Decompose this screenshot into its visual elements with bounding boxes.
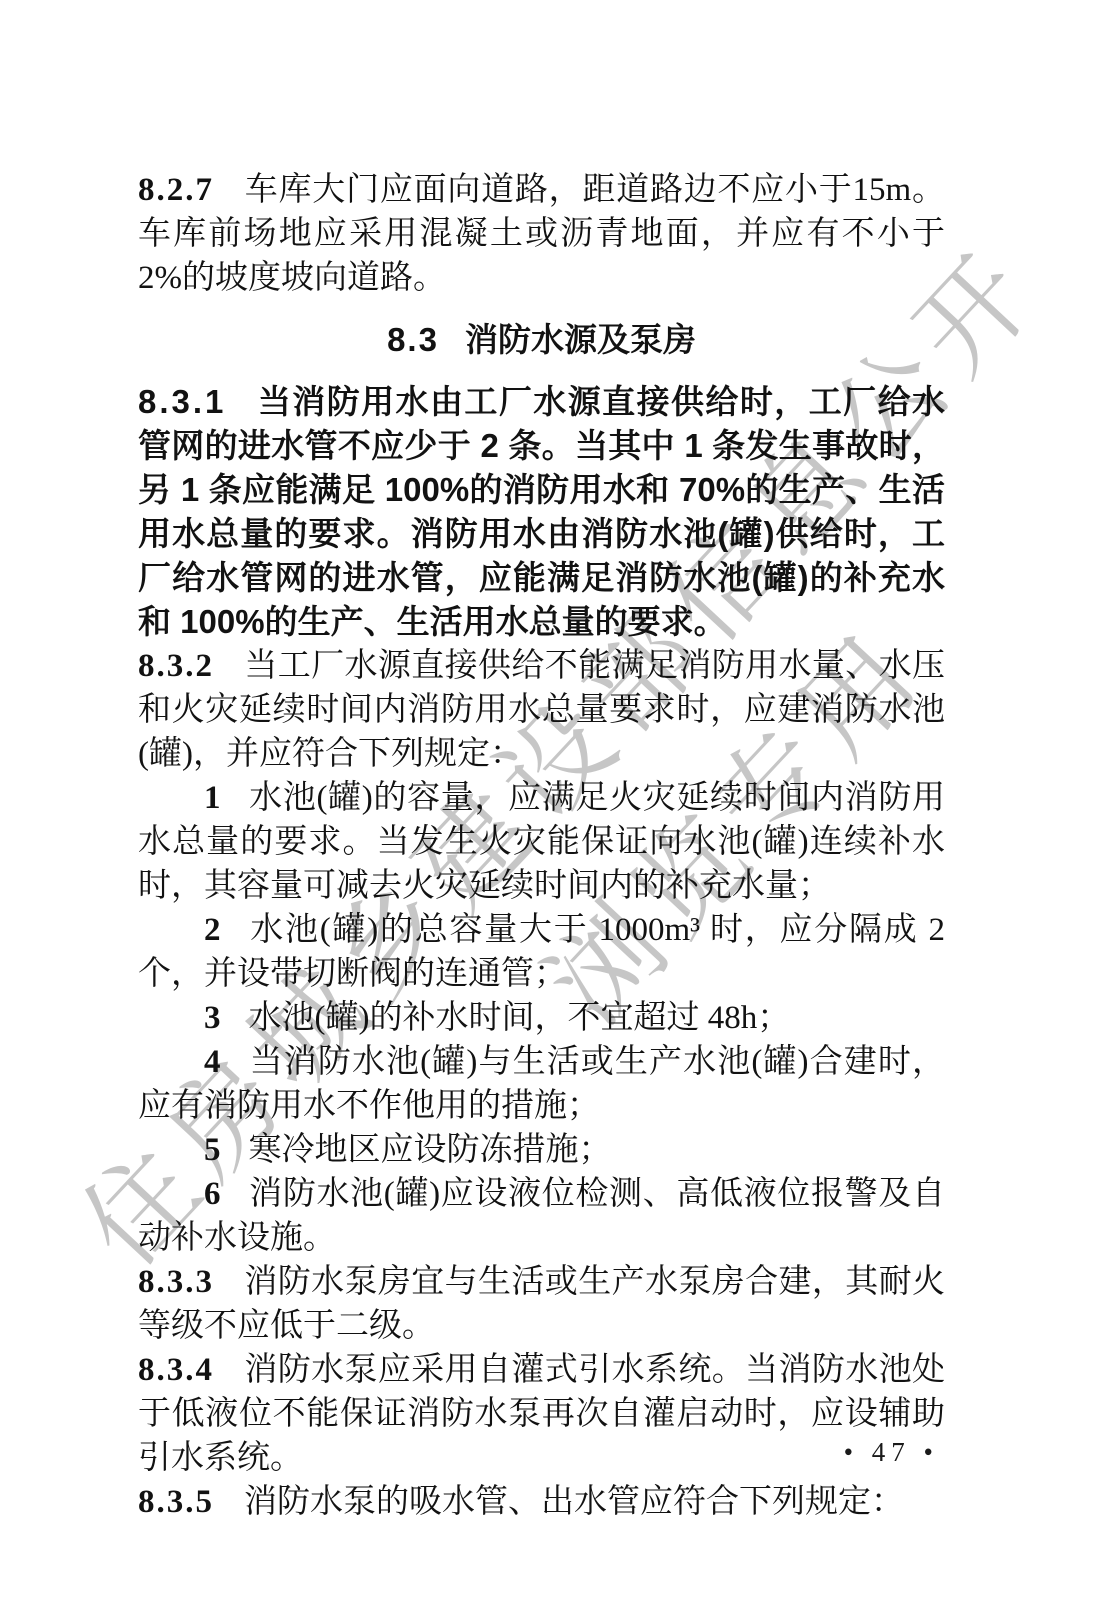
list-item-2: 2水池(罐)的总容量大于 1000m³ 时，应分隔成 2 个，并设带切断阀的连通… <box>138 908 945 996</box>
item-number: 3 <box>204 1000 221 1036</box>
list-item-1: 1水池(罐)的容量，应满足火灾延续时间内消防用水总量的要求。当发生火灾能保证向水… <box>138 776 945 908</box>
clause-text: 当消防用水由工厂水源直接供给时，工厂给水管网的进水管不应少于 2 条。当其中 1… <box>138 383 945 640</box>
clause-8-3-5: 8.3.5消防水泵的吸水管、出水管应符合下列规定： <box>138 1480 945 1524</box>
item-number: 1 <box>204 780 221 816</box>
clause-text: 消防水泵应采用自灌式引水系统。当消防水池处于低液位不能保证消防水泵再次自灌启动时… <box>138 1352 945 1476</box>
clause-number: 8.3.4 <box>138 1352 214 1388</box>
item-text: 水池(罐)的总容量大于 1000m³ 时，应分隔成 2 个，并设带切断阀的连通管… <box>138 912 945 992</box>
item-number: 6 <box>204 1176 221 1212</box>
clause-number: 8.3.1 <box>138 383 226 420</box>
page-number: • 47 • <box>844 1437 939 1468</box>
clause-8-3-3: 8.3.3消防水泵房宜与生活或生产水泵房合建，其耐火等级不应低于二级。 <box>138 1260 945 1348</box>
list-item-3: 3水池(罐)的补水时间，不宜超过 48h； <box>138 996 945 1040</box>
item-text: 水池(罐)的容量，应满足火灾延续时间内消防用水总量的要求。当发生火灾能保证向水池… <box>138 780 945 904</box>
clause-text: 当工厂水源直接供给不能满足消防用水量、水压和火灾延续时间内消防用水总量要求时，应… <box>138 648 945 772</box>
section-title: 消防水源及泵房 <box>465 321 696 358</box>
section-number: 8.3 <box>387 321 439 358</box>
item-text: 消防水池(罐)应设液位检测、高低液位报警及自动补水设施。 <box>138 1176 945 1256</box>
clause-text: 消防水泵的吸水管、出水管应符合下列规定： <box>244 1484 904 1520</box>
clause-number: 8.3.3 <box>138 1264 214 1300</box>
document-page: 住房城乡建设部信息公开 浏览专用 8.2.7车库大门应面向道路，距道路边不应小于… <box>0 0 1102 1598</box>
clause-8-3-2: 8.3.2当工厂水源直接供给不能满足消防用水量、水压和火灾延续时间内消防用水总量… <box>138 644 945 776</box>
section-heading-8-3: 8.3消防水源及泵房 <box>138 318 945 362</box>
item-number: 5 <box>204 1132 221 1168</box>
clause-8-3-4: 8.3.4消防水泵应采用自灌式引水系统。当消防水池处于低液位不能保证消防水泵再次… <box>138 1348 945 1480</box>
clause-number: 8.3.5 <box>138 1484 214 1520</box>
item-text: 寒冷地区应设防冻措施； <box>249 1132 612 1168</box>
clause-number: 8.2.7 <box>138 172 214 208</box>
page-content: 8.2.7车库大门应面向道路，距道路边不应小于15m。车库前场地应采用混凝土或沥… <box>138 168 945 1524</box>
clause-number: 8.3.2 <box>138 648 214 684</box>
clause-8-3-1: 8.3.1当消防用水由工厂水源直接供给时，工厂给水管网的进水管不应少于 2 条。… <box>138 380 945 644</box>
list-item-5: 5寒冷地区应设防冻措施； <box>138 1128 945 1172</box>
list-item-4: 4当消防水池(罐)与生活或生产水池(罐)合建时，应有消防用水不作他用的措施； <box>138 1040 945 1128</box>
clause-text: 消防水泵房宜与生活或生产水泵房合建，其耐火等级不应低于二级。 <box>138 1264 945 1344</box>
item-number: 2 <box>204 912 221 948</box>
list-item-6: 6消防水池(罐)应设液位检测、高低液位报警及自动补水设施。 <box>138 1172 945 1260</box>
item-number: 4 <box>204 1044 221 1080</box>
clause-8-2-7: 8.2.7车库大门应面向道路，距道路边不应小于15m。车库前场地应采用混凝土或沥… <box>138 168 945 300</box>
item-text: 当消防水池(罐)与生活或生产水池(罐)合建时，应有消防用水不作他用的措施； <box>138 1044 945 1124</box>
item-text: 水池(罐)的补水时间，不宜超过 48h； <box>249 1000 791 1036</box>
clause-text: 车库大门应面向道路，距道路边不应小于15m。车库前场地应采用混凝土或沥青地面，并… <box>138 172 945 296</box>
